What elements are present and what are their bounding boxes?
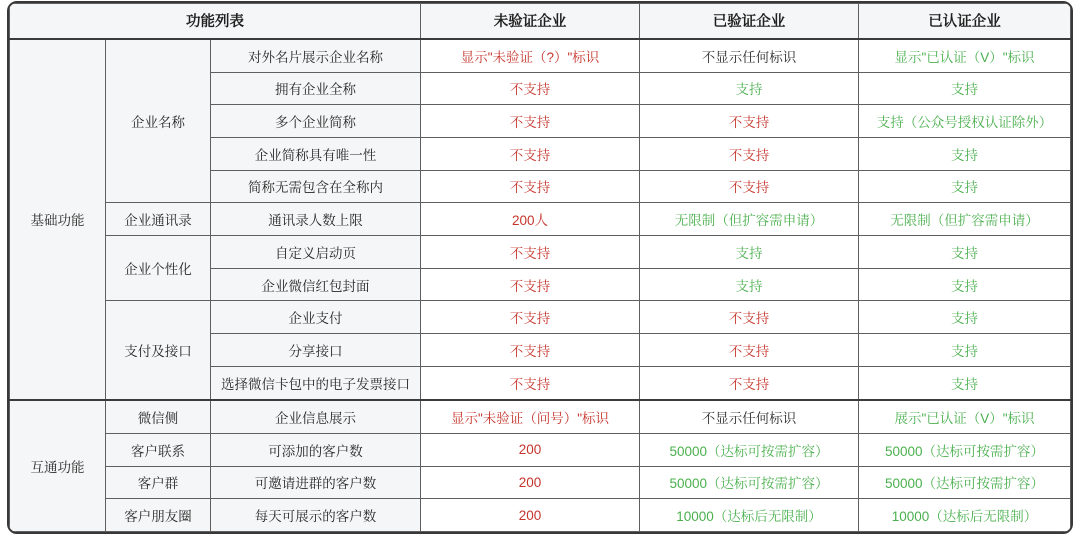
comparison-table: 功能列表 未验证企业 已验证企业 已认证企业 基础功能 企业名称 对外名片展示企… [9,3,1071,532]
table-row: 企业通讯录 通讯录人数上限 200人 无限制（但扩容需申请） 无限制（但扩容需申… [10,203,1071,236]
value-cell-certified: 支持 [859,268,1071,301]
value-cell-certified: 显示"已认证（V）"标识 [859,39,1071,72]
value-cell-verified: 不支持 [640,105,859,138]
feature-label-cell: 每天可展示的客户数 [211,499,421,532]
subgroup-cell-customer-group: 客户群 [106,466,211,499]
value-cell-certified: 10000（达标后无限制） [859,499,1071,532]
feature-label-cell: 对外名片展示企业名称 [211,39,421,72]
feature-label-cell: 企业支付 [211,301,421,334]
value-cell-verified: 不支持 [640,137,859,170]
value-cell-certified: 支持 [859,301,1071,334]
value-cell-verified: 50000（达标可按需扩容） [640,466,859,499]
feature-label-cell: 企业简称具有唯一性 [211,137,421,170]
value-cell-certified: 支持 [859,137,1071,170]
value-cell-unverified: 不支持 [421,72,640,105]
feature-label-cell: 企业微信红包封面 [211,268,421,301]
group-cell-basic: 基础功能 [10,39,106,400]
subgroup-cell-customer-moments: 客户朋友圈 [106,499,211,532]
value-cell-certified: 展示"已认证（V）"标识 [859,400,1071,433]
header-feature-list: 功能列表 [10,4,421,39]
feature-label-cell: 简称无需包含在全称内 [211,170,421,203]
value-cell-verified: 不支持 [640,170,859,203]
value-cell-verified: 不显示任何标识 [640,39,859,72]
value-cell-certified: 支持 [859,72,1071,105]
subgroup-cell-payment-api: 支付及接口 [106,301,211,400]
value-cell-unverified: 不支持 [421,334,640,367]
feature-label-cell: 自定义启动页 [211,236,421,269]
value-cell-unverified: 200人 [421,203,640,236]
value-cell-unverified: 200 [421,499,640,532]
value-cell-certified: 支持 [859,236,1071,269]
table-row: 客户群 可邀请进群的客户数 200 50000（达标可按需扩容） 50000（达… [10,466,1071,499]
value-cell-verified: 不支持 [640,334,859,367]
value-cell-verified: 50000（达标可按需扩容） [640,433,859,466]
subgroup-cell-contacts: 企业通讯录 [106,203,211,236]
table-row: 客户联系 可添加的客户数 200 50000（达标可按需扩容） 50000（达标… [10,433,1071,466]
value-cell-unverified: 200 [421,433,640,466]
feature-label-cell: 选择微信卡包中的电子发票接口 [211,366,421,399]
value-cell-verified: 10000（达标后无限制） [640,499,859,532]
feature-label-cell: 企业信息展示 [211,400,421,433]
header-col-unverified: 未验证企业 [421,4,640,39]
subgroup-cell-wechat-side: 微信侧 [106,400,211,433]
value-cell-verified: 无限制（但扩容需申请） [640,203,859,236]
group-cell-interop: 互通功能 [10,400,106,532]
subgroup-cell-customer-contact: 客户联系 [106,433,211,466]
table-row: 互通功能 微信侧 企业信息展示 显示"未验证（问号）"标识 不显示任何标识 展示… [10,400,1071,433]
value-cell-certified: 支持 [859,170,1071,203]
value-cell-unverified: 不支持 [421,170,640,203]
value-cell-certified: 50000（达标可按需扩容） [859,466,1071,499]
value-cell-unverified: 显示"未验证（问号）"标识 [421,400,640,433]
value-cell-verified: 支持 [640,268,859,301]
value-cell-unverified: 不支持 [421,137,640,170]
value-cell-verified: 不支持 [640,301,859,334]
feature-label-cell: 多个企业简称 [211,105,421,138]
feature-label-cell: 可邀请进群的客户数 [211,466,421,499]
header-col-certified: 已认证企业 [859,4,1071,39]
header-row: 功能列表 未验证企业 已验证企业 已认证企业 [10,4,1071,39]
feature-label-cell: 拥有企业全称 [211,72,421,105]
table-row: 基础功能 企业名称 对外名片展示企业名称 显示"未验证（?）"标识 不显示任何标… [10,39,1071,72]
value-cell-certified: 支持（公众号授权认证除外） [859,105,1071,138]
value-cell-certified: 50000（达标可按需扩容） [859,433,1071,466]
feature-label-cell: 可添加的客户数 [211,433,421,466]
feature-label-cell: 通讯录人数上限 [211,203,421,236]
value-cell-unverified: 200 [421,466,640,499]
value-cell-unverified: 不支持 [421,268,640,301]
value-cell-unverified: 不支持 [421,366,640,399]
value-cell-unverified: 不支持 [421,301,640,334]
feature-label-cell: 分享接口 [211,334,421,367]
value-cell-verified: 不显示任何标识 [640,400,859,433]
feature-comparison-table: 功能列表 未验证企业 已验证企业 已认证企业 基础功能 企业名称 对外名片展示企… [7,1,1073,534]
value-cell-verified: 不支持 [640,366,859,399]
value-cell-certified: 支持 [859,366,1071,399]
value-cell-certified: 无限制（但扩容需申请） [859,203,1071,236]
value-cell-unverified: 不支持 [421,105,640,138]
value-cell-verified: 支持 [640,236,859,269]
table-row: 企业个性化 自定义启动页 不支持 支持 支持 [10,236,1071,269]
table-row: 客户朋友圈 每天可展示的客户数 200 10000（达标后无限制） 10000（… [10,499,1071,532]
value-cell-unverified: 显示"未验证（?）"标识 [421,39,640,72]
table-row: 支付及接口 企业支付 不支持 不支持 支持 [10,301,1071,334]
header-col-verified: 已验证企业 [640,4,859,39]
value-cell-verified: 支持 [640,72,859,105]
value-cell-certified: 支持 [859,334,1071,367]
subgroup-cell-personalization: 企业个性化 [106,236,211,301]
subgroup-cell-company-name: 企业名称 [106,39,211,203]
value-cell-unverified: 不支持 [421,236,640,269]
